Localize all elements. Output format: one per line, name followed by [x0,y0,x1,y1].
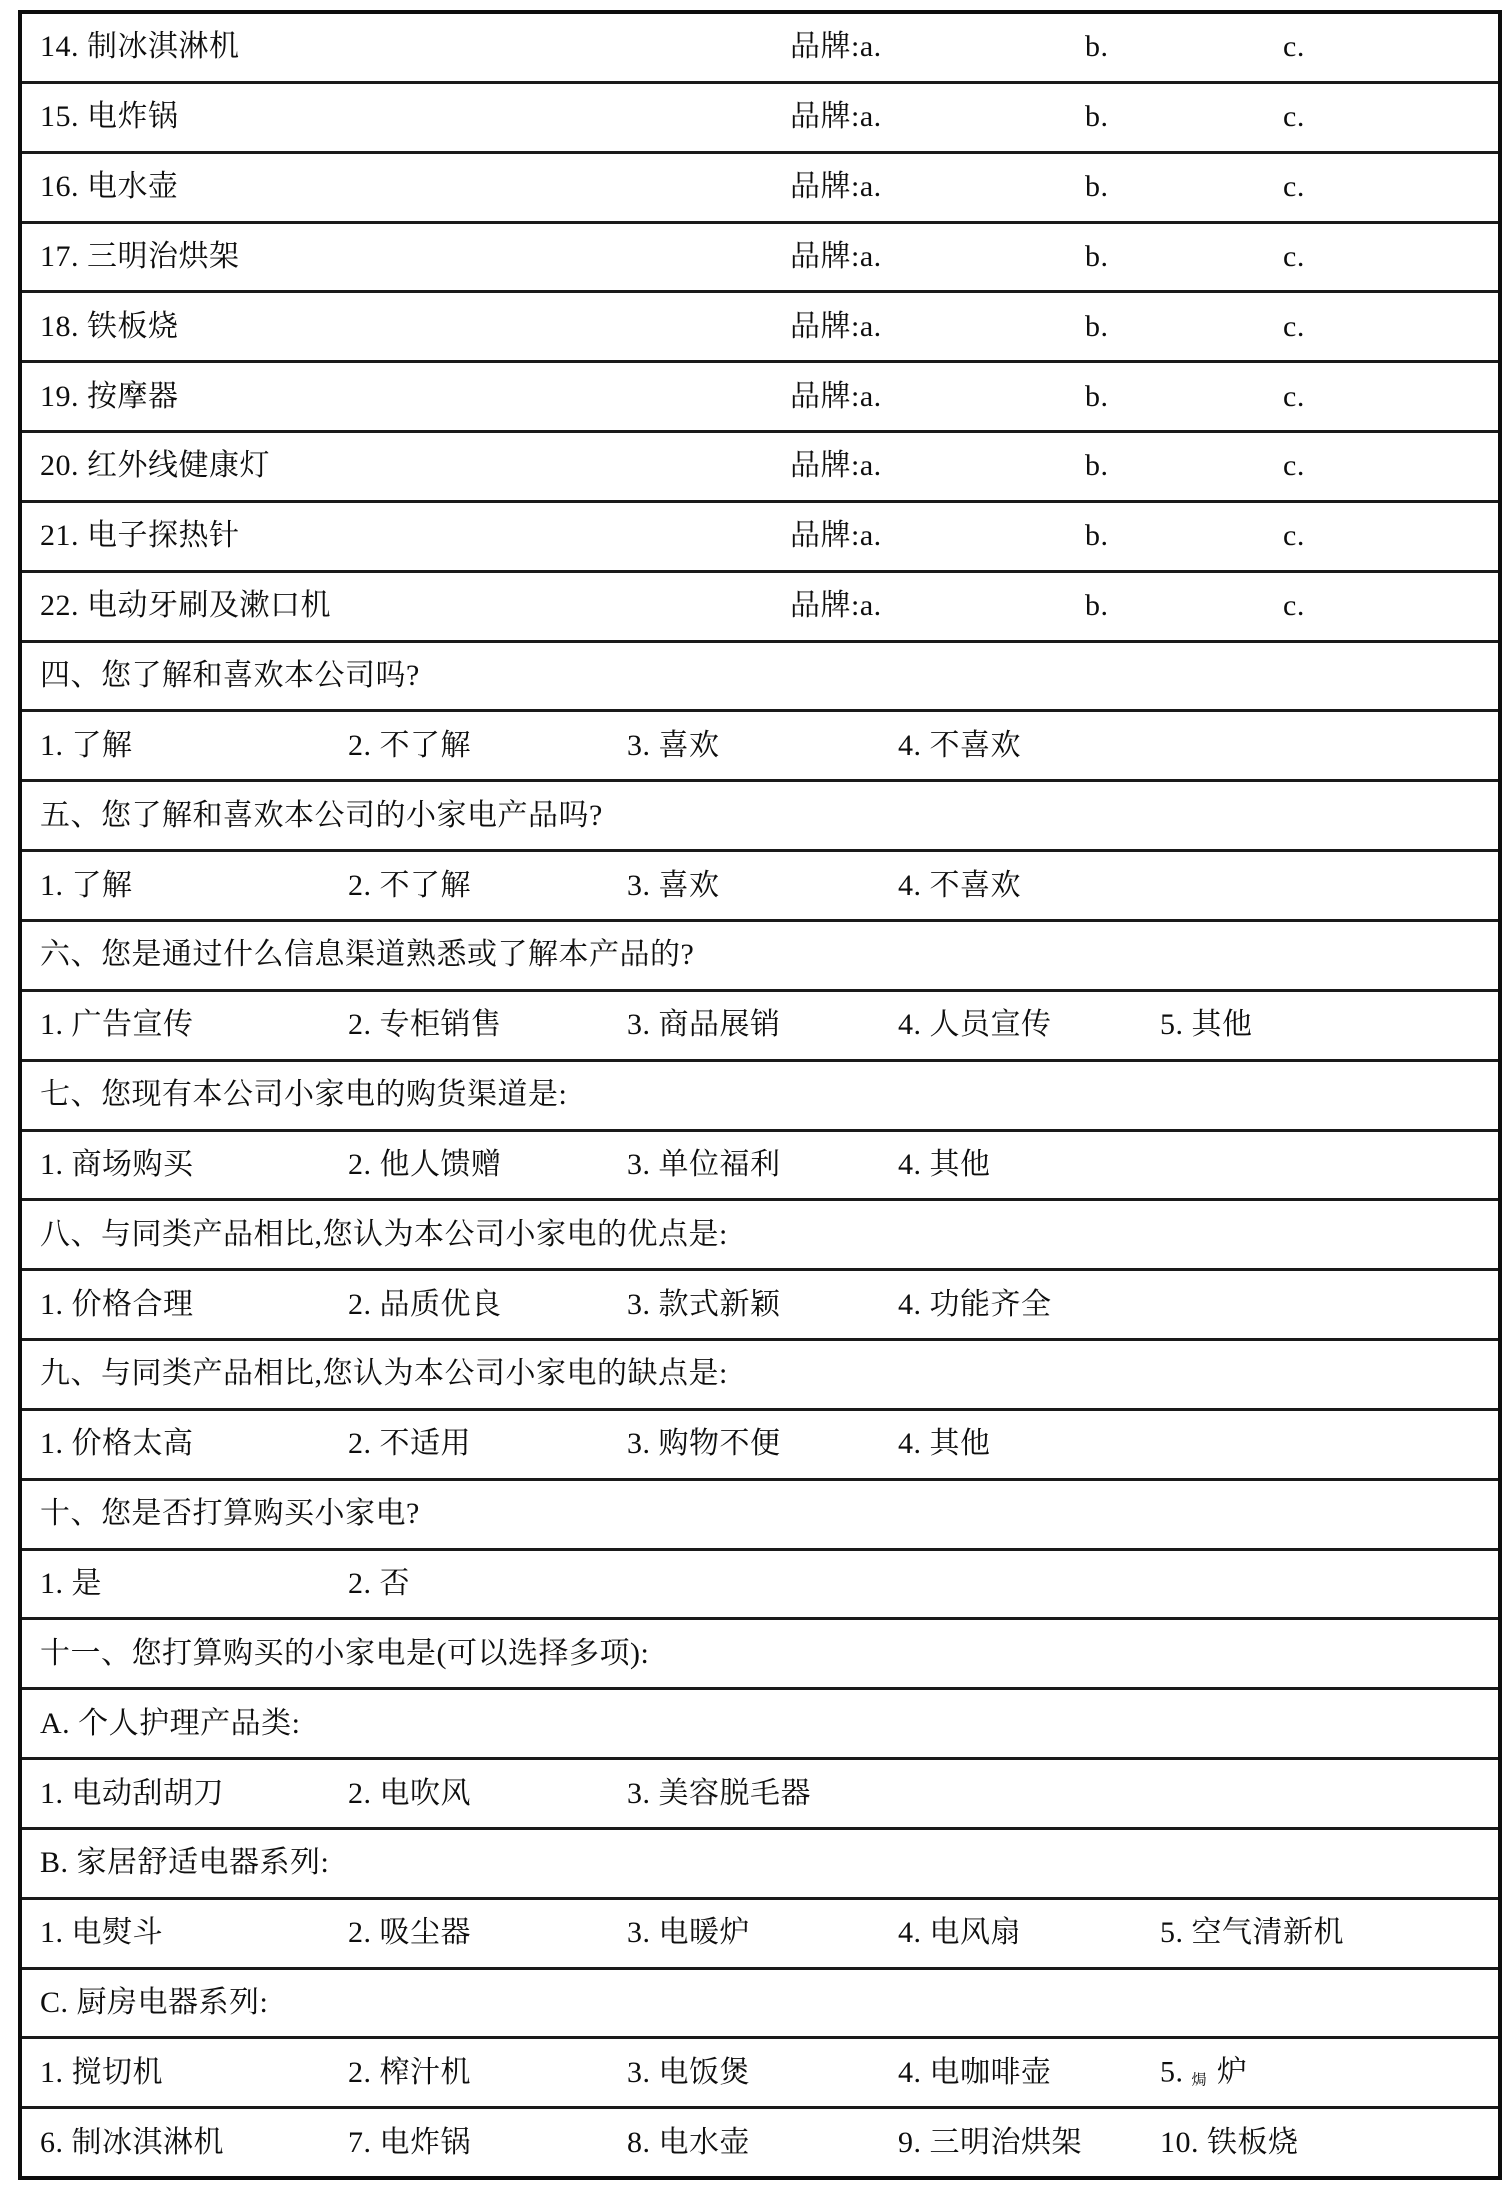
option-text: 炉 [1217,2055,1248,2088]
option-item: 2. 专柜销售 [348,1010,502,1040]
option-item: 4. 人员宣传 [898,1010,1052,1040]
brand-field-c: c. [1283,312,1305,342]
option-item: 4. 其他 [898,1150,991,1180]
table-row-question-10: 十、您是否打算购买小家电? [22,1481,1498,1551]
brand-field-b: b. [1085,242,1109,272]
product-label: 21. 电子探热针 [40,521,240,551]
product-label: 16. 电水壶 [40,172,179,202]
table-row-question-9: 九、与同类产品相比,您认为本公司小家电的缺点是: [22,1341,1498,1411]
option-item: 1. 了解 [40,871,133,901]
option-item: 6. 制冰淇淋机 [40,2128,224,2158]
option-item: 5. 其他 [1160,1010,1253,1040]
brand-field-c: c. [1283,382,1305,412]
brand-field-a: 品牌:a. [790,382,882,412]
category-label: A. 个人护理产品类: [40,1709,301,1739]
option-item: 2. 否 [348,1569,410,1599]
option-item: 2. 他人馈赠 [348,1150,502,1180]
option-item: 1. 是 [40,1569,102,1599]
brand-field-a: 品牌:a. [790,242,882,272]
option-item: 1. 价格合理 [40,1290,194,1320]
brand-field-c: c. [1283,32,1305,62]
option-item: 2. 不了解 [348,871,471,901]
brand-field-a: 品牌:a. [790,521,882,551]
option-item: 4. 不喜欢 [898,871,1021,901]
table-row-options-cat-c-1: 1. 搅切机 2. 榨汁机 3. 电饭煲 4. 电咖啡壶 5.焗炉 [22,2039,1498,2109]
option-item: 3. 商品展销 [627,1010,781,1040]
table-row-category-b: B. 家居舒适电器系列: [22,1830,1498,1900]
table-row-options-q4: 1. 了解 2. 不了解 3. 喜欢 4. 不喜欢 [22,712,1498,782]
table-row-question-7: 七、您现有本公司小家电的购货渠道是: [22,1062,1498,1132]
table-row-options-cat-c-2: 6. 制冰淇淋机 7. 电炸锅 8. 电水壶 9. 三明治烘架 10. 铁板烧 [22,2109,1498,2176]
brand-field-a: 品牌:a. [790,312,882,342]
option-item: 3. 喜欢 [627,731,720,761]
table-row-product-15: 15. 电炸锅 品牌:a. b. c. [22,84,1498,154]
category-label: B. 家居舒适电器系列: [40,1848,329,1878]
table-row-product-14: 14. 制冰淇淋机 品牌:a. b. c. [22,14,1498,84]
option-item: 5. 空气清新机 [1160,1918,1344,1948]
option-item-oven: 5.焗炉 [1160,2057,1248,2088]
brand-field-c: c. [1283,172,1305,202]
option-item: 1. 电熨斗 [40,1918,163,1948]
brand-field-c: c. [1283,521,1305,551]
question-text: 五、您了解和喜欢本公司的小家电产品吗? [40,801,603,831]
table-row-question-11: 十一、您打算购买的小家电是(可以选择多项): [22,1620,1498,1690]
table-row-options-cat-a: 1. 电动刮胡刀 2. 电吹风 3. 美容脱毛器 [22,1760,1498,1830]
product-label: 15. 电炸锅 [40,102,179,132]
brand-field-c: c. [1283,242,1305,272]
option-item: 2. 吸尘器 [348,1918,471,1948]
table-row-product-21: 21. 电子探热针 品牌:a. b. c. [22,503,1498,573]
product-label: 19. 按摩器 [40,382,179,412]
table-row-product-16: 16. 电水壶 品牌:a. b. c. [22,154,1498,224]
option-item: 1. 广告宣传 [40,1010,194,1040]
option-item: 4. 电咖啡壶 [898,2058,1052,2088]
brand-field-b: b. [1085,312,1109,342]
table-row-product-20: 20. 红外线健康灯 品牌:a. b. c. [22,433,1498,503]
option-item: 3. 单位福利 [627,1150,781,1180]
brand-field-b: b. [1085,172,1109,202]
question-text: 十、您是否打算购买小家电? [40,1499,420,1529]
option-item: 2. 榨汁机 [348,2058,471,2088]
table-row-options-q6: 1. 广告宣传 2. 专柜销售 3. 商品展销 4. 人员宣传 5. 其他 [22,992,1498,1062]
option-item: 4. 功能齐全 [898,1290,1052,1320]
option-item: 1. 商场购买 [40,1150,194,1180]
brand-field-b: b. [1085,451,1109,481]
option-item: 3. 电饭煲 [627,2058,750,2088]
brand-field-b: b. [1085,382,1109,412]
brand-field-a: 品牌:a. [790,172,882,202]
option-item: 2. 不适用 [348,1429,471,1459]
option-item: 9. 三明治烘架 [898,2128,1082,2158]
option-item: 4. 其他 [898,1429,991,1459]
category-label: C. 厨房电器系列: [40,1988,268,2018]
brand-field-b: b. [1085,591,1109,621]
table-row-options-cat-b: 1. 电熨斗 2. 吸尘器 3. 电暖炉 4. 电风扇 5. 空气清新机 [22,1900,1498,1970]
option-item: 8. 电水壶 [627,2128,750,2158]
product-label: 20. 红外线健康灯 [40,451,270,481]
table-row-question-8: 八、与同类产品相比,您认为本公司小家电的优点是: [22,1201,1498,1271]
option-item: 7. 电炸锅 [348,2128,471,2158]
option-item: 3. 款式新颖 [627,1290,781,1320]
option-item: 1. 搅切机 [40,2058,163,2088]
brand-field-c: c. [1283,102,1305,132]
table-row-options-q8: 1. 价格合理 2. 品质优良 3. 款式新颖 4. 功能齐全 [22,1271,1498,1341]
option-item: 2. 品质优良 [348,1290,502,1320]
question-text: 八、与同类产品相比,您认为本公司小家电的优点是: [40,1220,728,1250]
survey-table: 14. 制冰淇淋机 品牌:a. b. c. 15. 电炸锅 品牌:a. b. c… [18,10,1502,2180]
brand-field-c: c. [1283,451,1305,481]
question-text: 七、您现有本公司小家电的购货渠道是: [40,1080,567,1110]
table-row-question-6: 六、您是通过什么信息渠道熟悉或了解本产品的? [22,922,1498,992]
option-item: 1. 了解 [40,731,133,761]
table-row-options-q10: 1. 是 2. 否 [22,1551,1498,1621]
table-row-product-17: 17. 三明治烘架 品牌:a. b. c. [22,224,1498,294]
product-label: 14. 制冰淇淋机 [40,32,240,62]
option-item: 2. 不了解 [348,731,471,761]
option-item: 1. 价格太高 [40,1429,194,1459]
brand-field-a: 品牌:a. [790,32,882,62]
table-row-product-18: 18. 铁板烧 品牌:a. b. c. [22,293,1498,363]
option-item: 3. 购物不便 [627,1429,781,1459]
option-item: 3. 喜欢 [627,871,720,901]
table-row-options-q9: 1. 价格太高 2. 不适用 3. 购物不便 4. 其他 [22,1411,1498,1481]
table-row-options-q7: 1. 商场购买 2. 他人馈赠 3. 单位福利 4. 其他 [22,1132,1498,1202]
product-label: 17. 三明治烘架 [40,242,240,272]
brand-field-a: 品牌:a. [790,102,882,132]
table-row-product-22: 22. 电动牙刷及漱口机 品牌:a. b. c. [22,573,1498,643]
small-character: 焗 [1192,2073,1208,2088]
option-item: 4. 电风扇 [898,1918,1021,1948]
option-item: 1. 电动刮胡刀 [40,1779,224,1809]
option-item: 3. 美容脱毛器 [627,1779,811,1809]
product-label: 18. 铁板烧 [40,312,179,342]
table-row-question-5: 五、您了解和喜欢本公司的小家电产品吗? [22,782,1498,852]
brand-field-b: b. [1085,102,1109,132]
option-item: 2. 电吹风 [348,1779,471,1809]
brand-field-b: b. [1085,521,1109,551]
option-item: 4. 不喜欢 [898,731,1021,761]
table-row-category-a: A. 个人护理产品类: [22,1690,1498,1760]
option-item: 10. 铁板烧 [1160,2128,1299,2158]
option-item: 3. 电暖炉 [627,1918,750,1948]
brand-field-a: 品牌:a. [790,591,882,621]
question-text: 四、您了解和喜欢本公司吗? [40,661,420,691]
brand-field-c: c. [1283,591,1305,621]
brand-field-b: b. [1085,32,1109,62]
question-text: 六、您是通过什么信息渠道熟悉或了解本产品的? [40,940,694,970]
option-number: 5. [1160,2055,1184,2088]
question-text: 九、与同类产品相比,您认为本公司小家电的缺点是: [40,1359,728,1389]
table-row-options-q5: 1. 了解 2. 不了解 3. 喜欢 4. 不喜欢 [22,852,1498,922]
table-row-question-4: 四、您了解和喜欢本公司吗? [22,643,1498,713]
question-text: 十一、您打算购买的小家电是(可以选择多项): [40,1639,649,1669]
table-row-category-c: C. 厨房电器系列: [22,1970,1498,2040]
brand-field-a: 品牌:a. [790,451,882,481]
table-row-product-19: 19. 按摩器 品牌:a. b. c. [22,363,1498,433]
product-label: 22. 电动牙刷及漱口机 [40,591,331,621]
